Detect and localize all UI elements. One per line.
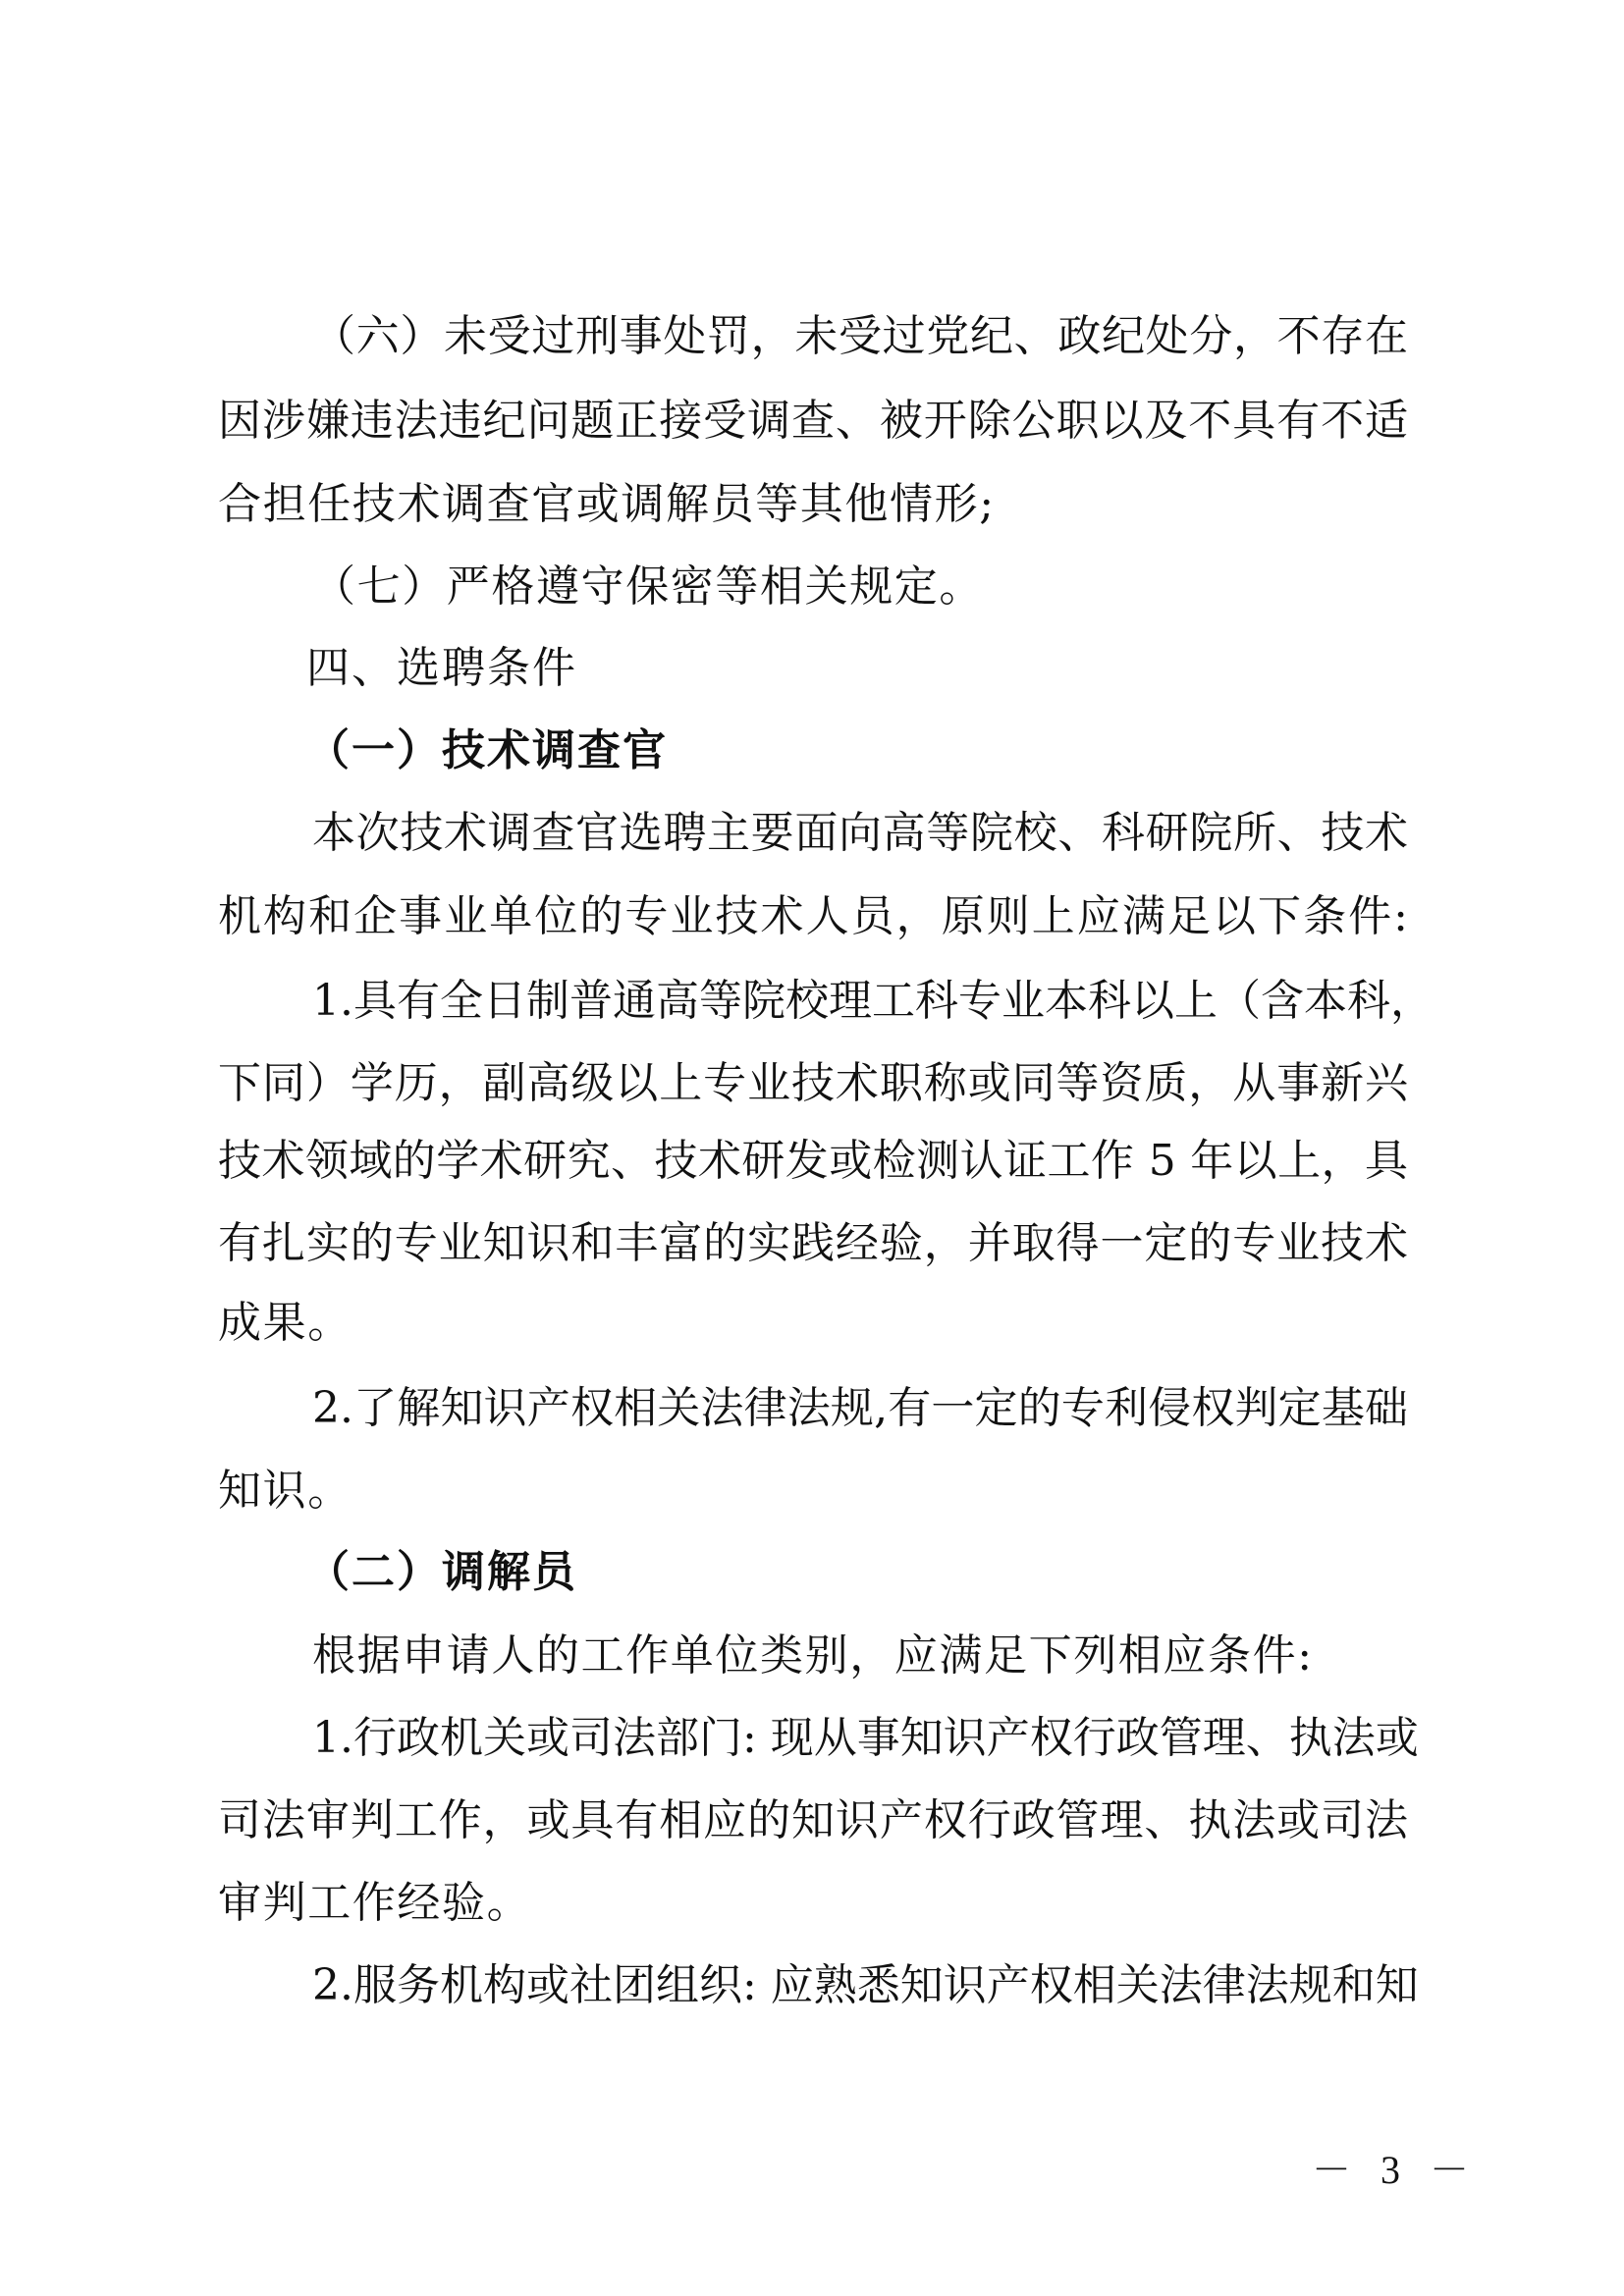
paragraph-line: 合担任技术调查官或调解员等其他情形;	[218, 475, 1624, 534]
paragraph-line: 机构和企事业单位的专业技术人员，原则上应满足以下条件:	[218, 887, 1408, 946]
paragraph-line: （六）未受过刑事处罚，未受过党纪、政纪处分，不存在	[312, 307, 1408, 366]
paragraph-line: 2.服务机构或社团组织: 应熟悉知识产权相关法律法规和知	[312, 1956, 1408, 2015]
paragraph-line: 本次技术调查官选聘主要面向高等院校、科研院所、技术	[312, 804, 1408, 863]
paragraph-line: 因涉嫌违法违纪问题正接受调查、被开除公职以及不具有不适	[218, 392, 1408, 451]
subsection-heading: （一）技术调查官	[306, 721, 1624, 780]
paragraph-line: 审判工作经验。	[218, 1874, 1624, 1933]
paragraph-line: 2.了解知识产权相关法律法规,有一定的专利侵权判定基础	[312, 1379, 1408, 1438]
paragraph-line: 知识。	[218, 1462, 1624, 1521]
paragraph-line: 1.具有全日制普通高等院校理工科专业本科以上（含本科，	[312, 972, 1408, 1031]
paragraph-line: 成果。	[218, 1294, 1624, 1353]
paragraph-line: 司法审判工作，或具有相应的知识产权行政管理、执法或司法	[218, 1791, 1408, 1850]
paragraph-line: 根据申请人的工作单位类别，应满足下列相应条件:	[312, 1627, 1624, 1685]
page-number: － 3 －	[1312, 2146, 1479, 2195]
section-heading: 四、选聘条件	[306, 639, 1624, 698]
paragraph-line: （七）严格遵守保密等相关规定。	[312, 558, 1624, 616]
paragraph-line: 有扎实的专业知识和丰富的实践经验，并取得一定的专业技术	[218, 1214, 1408, 1273]
paragraph-line: 1.行政机关或司法部门: 现从事知识产权行政管理、执法或	[312, 1709, 1408, 1768]
paragraph-line: 技术领域的学术研究、技术研发或检测认证工作 5 年以上，具	[218, 1132, 1408, 1191]
subsection-heading: （二）调解员	[306, 1543, 1624, 1602]
paragraph-line: 下同）学历，副高级以上专业技术职称或同等资质，从事新兴	[218, 1054, 1408, 1113]
